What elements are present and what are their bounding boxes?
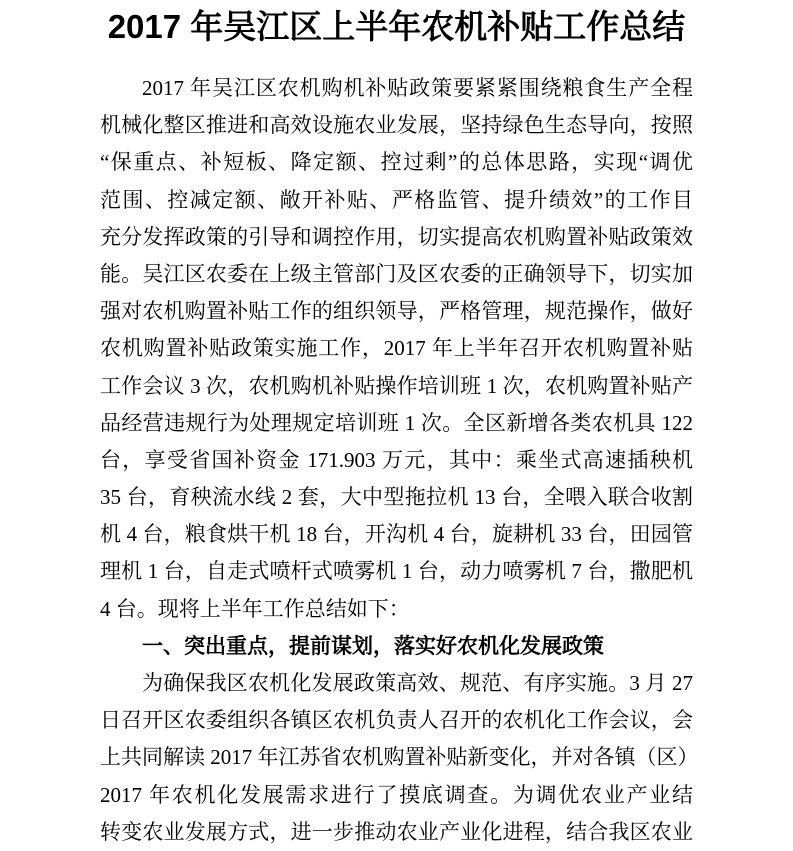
document-page: 2017 年吴江区上半年农机补贴工作总结 2017 年吴江区农机购机补贴政策要紧… <box>0 0 793 851</box>
body-line: 35 台，育秧流水线 2 套，大中型拖拉机 13 台，全喂入联合收割 <box>100 479 693 516</box>
body-line: 2017 年吴江区农机购机补贴政策要紧紧围绕粮食生产全程 <box>100 70 693 107</box>
document-body: 2017 年吴江区农机购机补贴政策要紧紧围绕粮食生产全程 机械化整区推进和高效设… <box>100 70 693 851</box>
body-line: “保重点、补短板、降定额、控过剩”的总体思路，实现“调优 <box>100 144 693 181</box>
body-line: 4 台。现将上半年工作总结如下： <box>100 591 693 628</box>
body-line: 上共同解读 2017 年江苏省农机购置补贴新变化，并对各镇（区） <box>100 739 693 776</box>
body-line: 范围、控减定额、敞开补贴、严格监管、提升绩效”的工作目标， <box>100 182 693 219</box>
body-line: 机械化整区推进和高效设施农业发展，坚持绿色生态导向，按照 <box>100 107 693 144</box>
body-line: 机 4 台，粮食烘干机 18 台，开沟机 4 台，旋耕机 33 台，田园管 <box>100 516 693 553</box>
body-line: 能。吴江区农委在上级主管部门及区农委的正确领导下，切实加 <box>100 256 693 293</box>
body-line: 理机 1 台，自走式喷杆式喷雾机 1 台，动力喷雾机 7 台，撒肥机 <box>100 553 693 590</box>
body-line: 品经营违规行为处理规定培训班 1 次。全区新增各类农机具 122 <box>100 405 693 442</box>
body-line: 日召开区农委组织各镇区农机负责人召开的农机化工作会议，会 <box>100 702 693 739</box>
section-heading: 一、突出重点，提前谋划，落实好农机化发展政策 <box>100 628 693 665</box>
document-title: 2017 年吴江区上半年农机补贴工作总结 <box>100 0 693 48</box>
body-line: 强对农机购置补贴工作的组织领导，严格管理，规范操作，做好 <box>100 293 693 330</box>
body-line: 转变农业发展方式，进一步推动农业产业化进程，结合我区农业 <box>100 814 693 851</box>
body-line: 充分发挥政策的引导和调控作用，切实提高农机购置补贴政策效 <box>100 219 693 256</box>
body-line: 为确保我区农机化发展政策高效、规范、有序实施。3 月 27 <box>100 665 693 702</box>
body-line: 台，享受省国补资金 171.903 万元，其中：乘坐式高速插秧机 <box>100 442 693 479</box>
body-line: 工作会议 3 次，农机购机补贴操作培训班 1 次，农机购置补贴产 <box>100 368 693 405</box>
body-line: 农机购置补贴政策实施工作，2017 年上半年召开农机购置补贴 <box>100 330 693 367</box>
body-line: 2017 年农机化发展需求进行了摸底调查。为调优农业产业结构， <box>100 777 693 814</box>
